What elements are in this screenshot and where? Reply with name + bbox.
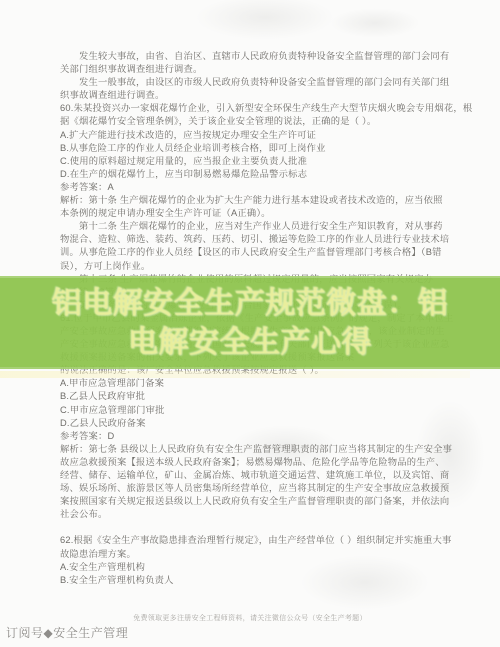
document-line: D.在生产的烟花爆竹上，应当印制易燃易爆危险品警示标志 xyxy=(60,168,450,181)
document-line: 案按照国家有关规定报送县级以上人民政府负有安全生产监督管理职责的部门备案，并依法… xyxy=(60,495,450,508)
overlay-title-line-1: 铝电解安全生产规范微盘：铝 xyxy=(0,284,500,323)
document-line: D.乙县人民政府备案 xyxy=(60,417,450,430)
document-line: 故隐患治理方案。 xyxy=(60,548,450,561)
document-line: 物混合、造粒、筛选、装药、筑药、压药、切引、搬运等危险工序的作业人员进行专业技术… xyxy=(60,233,450,246)
document-line: 62.根据《安全生产事故隐患排查治理暂行规定》，由生产经营单位（ ）组织制定并实… xyxy=(60,534,450,547)
overlay-title: 铝电解安全生产规范微盘：铝 电解安全生产心得 xyxy=(0,284,500,362)
document-line: 关部门组织事故调查组进行调查。 xyxy=(60,63,450,76)
document-line: 训。从事危险工序的作业人员经【设区的市人民政府安全生产监督管理部门考核合格】（B… xyxy=(60,246,450,259)
footer-note: 免费领取更多注册安全工程师资料，请关注微信公众号（安全生产考题） xyxy=(0,613,500,623)
document-line: 误），方可上岗作业。 xyxy=(60,260,450,273)
scan-artifact xyxy=(195,0,335,40)
document-line: 发生较大事故，由省、自治区、直辖市人民政府负责特种设备安全监督管理的部门会同有 xyxy=(60,50,450,63)
document-line: 参考答案：D xyxy=(60,430,450,443)
document-line: 解析：第七条 县级以上人民政府负有安全生产监督管理职责的部门应当将其制定的生产安… xyxy=(60,443,450,456)
document-line: 解析：第十条 生产烟花爆竹的企业为扩大生产能力进行基本建设或者技术改造的，应当依… xyxy=(60,194,450,207)
document-line: A.安全生产管理机构 xyxy=(60,561,450,574)
document-line: 60.朱某投资兴办一家烟花爆竹企业，引入新型安全环保生产线生产大型节庆烟火晚会专… xyxy=(60,102,450,115)
document-line: B.安全生产管理机构负责人 xyxy=(60,574,450,587)
channel-label: 订阅号◆安全生产管理 xyxy=(6,624,128,641)
document-line: C.使用的原料超过规定用量的，应当报企业主要负责人批准 xyxy=(60,155,450,168)
document-line: 场、娱乐场所、旅游景区等人员密集场所经营单位，应当将其制定的生产安全事故应急救援… xyxy=(60,482,450,495)
document-line: B.从事危险工序的作业人员经企业培训考核合格，即可上岗作业 xyxy=(60,142,450,155)
overlay-title-line-2: 电解安全生产心得 xyxy=(0,323,500,362)
document-line: 参考答案：A xyxy=(60,181,450,194)
document-line: 织事故调查组进行调查。 xyxy=(60,89,450,102)
document-line: A.扩大产能进行技术改造的，应当按规定办理安全生产许可证 xyxy=(60,129,450,142)
scan-artifact xyxy=(330,8,420,38)
document-line: 故应急救援预案【报送本级人民政府备案】；易燃易爆物品、危险化学品等危险物品的生产… xyxy=(60,456,450,469)
document-line: 发生一般事故，由设区的市级人民政府负责特种设备安全监督管理的部门会同有关部门组 xyxy=(60,76,450,89)
document-line: A.甲市应急管理部门备案 xyxy=(60,377,450,390)
document-line: 第十二条 生产烟花爆竹的企业，应当对生产作业人员进行安全生产知识教育，对从事药 xyxy=(60,220,450,233)
document-line: C.甲市应急管理部门审批 xyxy=(60,404,450,417)
document-line: 社会公布。 xyxy=(60,508,450,521)
document-line: B.乙县人民政府审批 xyxy=(60,390,450,403)
scanned-exam-page: 发生较大事故，由省、自治区、直辖市人民政府负责特种设备安全监督管理的部门会同有关… xyxy=(0,0,500,647)
title-overlay: 铝电解安全生产规范微盘：铝 电解安全生产心得 xyxy=(0,276,500,369)
document-line: 本条例的规定申请办理安全生产许可证（A正确）。 xyxy=(60,207,450,220)
document-line: 经营、储存、运输单位，矿山、金属冶炼、城市轨道交通运营、建筑施工单位，以及宾馆、… xyxy=(60,469,450,482)
document-line: 据《烟花爆竹安全管理条例》，关于该企业安全管理的说法，正确的是（ ）。 xyxy=(60,115,450,128)
document-line xyxy=(60,521,450,534)
